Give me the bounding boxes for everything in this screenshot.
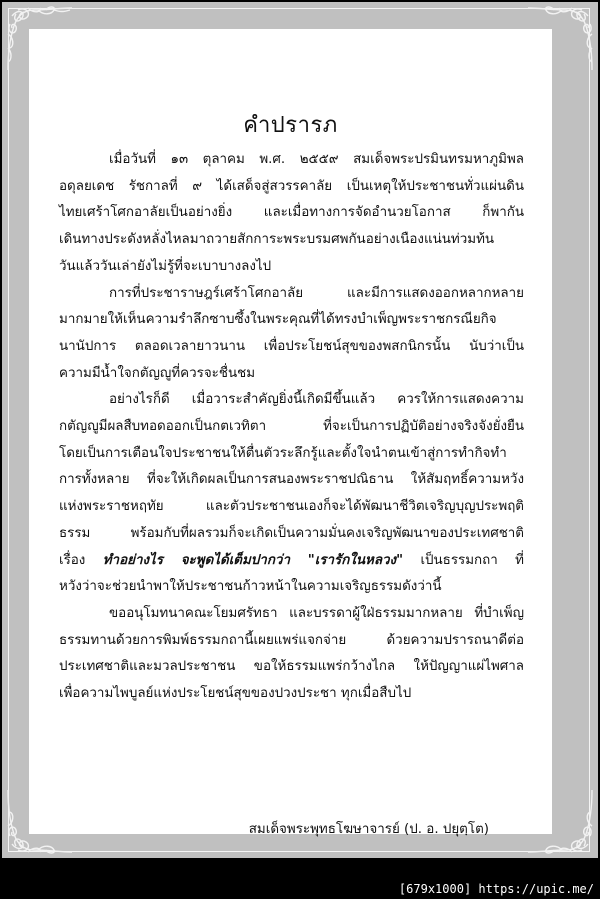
- text-line: อดุลยเดช รัชกาลที่ ๙ ได้เสด็จสู่สวรรคาลั…: [59, 174, 524, 201]
- text-line: การที่ประชาราษฎร์เศร้าโศกอาลัย และมีการแ…: [59, 281, 524, 308]
- text-line: อย่างไรก็ดี เมื่อวาระสำคัญยิ่งนี้เกิดมีข…: [59, 387, 524, 414]
- text-line: ความมีน้ำใจกตัญญูที่ควรจะชื่นชม: [59, 361, 524, 388]
- text-prefix: เรื่อง: [59, 553, 103, 568]
- page-frame: คำปรารภ เมื่อวันที่ ๑๓ ตุลาคม พ.ศ. ๒๕๕๙ …: [2, 2, 598, 858]
- text-line: เพื่อความไพบูลย์แห่งประโยชน์สุขของปวงประ…: [59, 681, 524, 708]
- text-line: ไทยเศร้าโศกอาลัยเป็นอย่างยิ่ง และเมื่อทา…: [59, 200, 524, 227]
- text-line: ประเทศชาติและมวลประชาชน ขอให้ธรรมแพร่กว้…: [59, 654, 524, 681]
- text-line: ธรรม พร้อมกับที่ผลรวมก็จะเกิดเป็นความมั่…: [59, 521, 524, 548]
- document-body: เมื่อวันที่ ๑๓ ตุลาคม พ.ศ. ๒๕๕๙ สมเด็จพร…: [59, 147, 524, 708]
- watermark-text: [679x1000] https://upic.me/: [399, 882, 594, 896]
- text-line: หวังว่าจะช่วยนำพาให้ประชาชนก้าวหน้าในควา…: [59, 574, 524, 601]
- text-line: การทั้งหลาย ที่จะให้เกิดผลเป็นการสนองพระ…: [59, 467, 524, 494]
- page-title: คำปรารภ: [29, 107, 552, 142]
- text-line: ขออนุโมทนาคณะโยมศรัทธา และบรรดาผู้ใฝ่ธรร…: [59, 601, 524, 628]
- text-line: เดินทางประดังหลั่งไหลมาถวายสักการะพระบรม…: [59, 227, 524, 254]
- author-signature: สมเด็จพระพุทธโฆษาจารย์ (ป. อ. ปยุตฺโต): [29, 818, 489, 839]
- text-line: แห่งพระราชหฤทัย และตัวประชาชนเองก็จะได้พ…: [59, 494, 524, 521]
- text-line: เมื่อวันที่ ๑๓ ตุลาคม พ.ศ. ๒๕๕๙ สมเด็จพร…: [59, 147, 524, 174]
- text-suffix: เป็นธรรมกถา ที่: [403, 553, 524, 568]
- text-line: วันแล้ววันเล่ายังไม่รู้ที่จะเบาบางลงไป: [59, 254, 524, 281]
- text-line: โดยเป็นการเตือนใจประชาชนให้ตื่นตัวระลึกร…: [59, 441, 524, 468]
- document-page: คำปรารภ เมื่อวันที่ ๑๓ ตุลาคม พ.ศ. ๒๕๕๙ …: [29, 29, 552, 834]
- text-line: มากมายให้เห็นความรำลึกซาบซึ้งในพระคุณที่…: [59, 307, 524, 334]
- text-line: ธรรมทานด้วยการพิมพ์ธรรมกถานี้เผยแพร่แจกจ…: [59, 628, 524, 655]
- text-line: กตัญญูมีผลสืบทอดออกเป็นกตเวทิตา ที่จะเป็…: [59, 414, 524, 441]
- emphasized-title: ทำอย่างไร จะพูดได้เต็มปากว่า "เรารักในหล…: [103, 553, 403, 568]
- text-line-with-title: เรื่อง ทำอย่างไร จะพูดได้เต็มปากว่า "เรา…: [59, 548, 524, 575]
- text-line: นานัปการ ตลอดเวลายาวนาน เพื่อประโยชน์สุข…: [59, 334, 524, 361]
